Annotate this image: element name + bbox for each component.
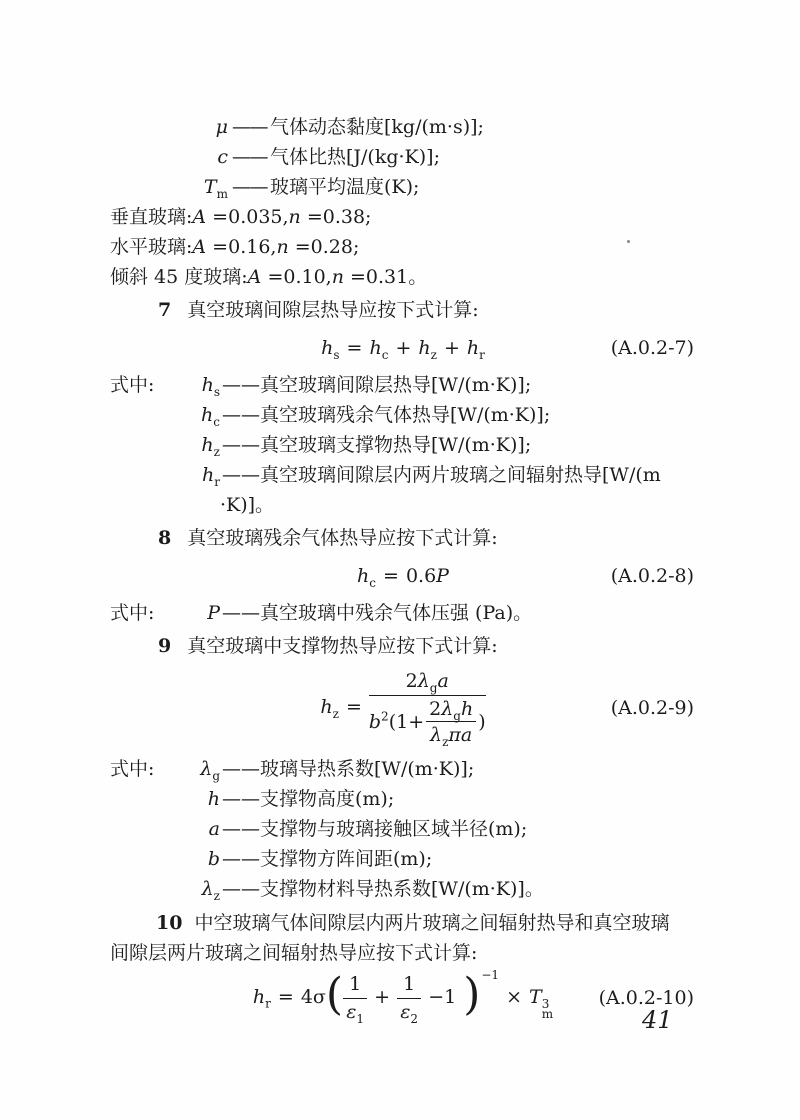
clause-text: 中空玻璃气体间隙层内两片玻璃之间辐射热导和真空玻璃间隙层两片玻璃之间辐射热导应按… [110,912,669,964]
equals-sign: = [346,696,362,718]
var-n: n [289,206,301,228]
where-label: 式中: [110,598,174,628]
scanned-document-page: μ——气体动态黏度[kg/(m·s)]; c——气体比热[J/(kg·K)]; … [0,0,800,1120]
eq9-lhs: h [320,696,332,718]
var-A: A [248,266,262,288]
equation-number: (A.0.2-7) [611,337,694,359]
definition-dash: —— [232,146,267,168]
where-description: ——玻璃导热系数[W/(m·K)]; [222,754,474,784]
open-paren: ( [326,969,343,1020]
where-description: ——支撑物高度(m); [222,784,394,814]
eq8-lhs: h [357,565,369,587]
eq7-term3-sub: r [479,348,485,362]
where-description: ——支撑物与玻璃接触区域半径(m); [222,814,527,844]
eq10-coefficient: 4σ [301,986,326,1008]
definition-dash: —— [232,116,267,138]
symbol-cell: μ [110,112,228,142]
equation-row-A.0.2-7: hs=hc+hz+hr (A.0.2-7) [110,333,696,363]
scan-speck [627,240,630,243]
where-symbol: a [174,814,220,844]
clause-title: 真空玻璃间隙层热导应按下式计算: [187,299,478,321]
equation-10: hr=4σ(1ε1+1ε2−1)−1×T3m [253,972,553,1024]
where-description: ——支撑物材料导热系数[W/(m·K)]。 [222,874,544,904]
param-value: =0.10, [261,266,331,288]
where-symbol: P [174,598,220,628]
equation-row-A.0.2-8: hc=0.6P (A.0.2-8) [110,561,696,591]
symbol-c: c [217,146,228,168]
where-symbol: hr [174,460,220,490]
param-prefix: 垂直玻璃: [110,206,192,228]
var-n: n [332,266,344,288]
param-prefix: 倾斜 45 度玻璃: [110,266,248,288]
eq8-lhs-sub: c [369,576,376,590]
symbol-mu: μ [216,116,228,138]
plus-sign: + [374,986,390,1008]
param-line-horizontal: 水平玻璃:A =0.16,n =0.28; [110,232,696,262]
param-value: =0.16, [206,236,276,258]
definition-text: 玻璃平均温度(K); [270,176,419,198]
clause-10-paragraph: 10中空玻璃气体间隙层内两片玻璃之间辐射热导和真空玻璃间隙层两片玻璃之间辐射热导… [110,908,670,968]
times-sign: × [506,986,522,1008]
clause-number: 10 [156,912,182,934]
minus-one: −1 [428,986,456,1008]
clause-9-heading: 9真空玻璃中支撑物热导应按下式计算: [110,630,696,662]
param-line-vertical: 垂直玻璃:A =0.035,n =0.38; [110,202,696,232]
param-prefix: 水平玻璃: [110,236,192,258]
fraction: 1ε1 [343,972,367,1024]
plus-sign: + [444,337,460,359]
definition-text: 气体比热[J/(kg·K)]; [270,146,440,168]
clause-number: 7 [158,299,171,321]
where-label: 式中: [110,370,174,400]
eq10-lhs-sub: r [265,997,271,1011]
where-row: 式中: P ——真空玻璃中残余气体压强 (Pa)。 [110,598,696,628]
eq10-T: T [529,986,542,1008]
symbol-T: T [204,176,217,198]
where-description: ——真空玻璃残余气体热导[W/(m·K)]; [222,400,550,430]
clause-number: 8 [158,527,171,549]
var-n: n [276,236,288,258]
definition-dash: —— [232,176,267,198]
where-symbol: hz [174,430,220,460]
eq7-lhs: h [321,337,333,359]
eq7-term3: h [467,337,479,359]
clause-8-heading: 8真空玻璃残余气体热导应按下式计算: [110,522,696,554]
definition-line-Tm: Tm——玻璃平均温度(K); [110,172,696,202]
eq10-lhs: h [253,986,265,1008]
where-symbol: λz [174,874,220,904]
param-value: =0.38; [301,206,372,228]
where-row: hc ——真空玻璃残余气体热导[W/(m·K)]; [110,400,696,430]
plus-sign: + [395,337,411,359]
where-symbol: b [174,844,220,874]
where-symbol: λg [174,754,220,784]
where-row: 式中: λg ——玻璃导热系数[W/(m·K)]; [110,754,696,784]
symbol-cell: Tm [110,172,228,202]
eq7-term1: h [369,337,381,359]
where-description: ——真空玻璃间隙层内两片玻璃之间辐射热导[W/(m [222,460,661,490]
param-line-tilted-45: 倾斜 45 度玻璃:A =0.10,n =0.31。 [110,262,696,292]
eq7-term2-sub: z [431,348,437,362]
where-description: ——真空玻璃间隙层热导[W/(m·K)]; [222,370,531,400]
symbol-cell: c [110,142,228,172]
close-paren: ) [463,969,480,1020]
where-description: ——支撑物方阵间距(m); [222,844,432,874]
param-value: =0.31。 [344,266,427,288]
exponent: −1 [481,968,499,982]
fraction: 1ε2 [397,972,421,1024]
equation-9: hz=2λgab2(1+2λghλzπa) [320,669,485,747]
definition-line-c: c——气体比热[J/(kg·K)]; [110,142,696,172]
where-description: ——真空玻璃中残余气体压强 (Pa)。 [222,598,532,628]
definition-text: 气体动态黏度[kg/(m·s)]; [270,116,484,138]
eq7-term1-sub: c [382,348,389,362]
page-content: μ——气体动态黏度[kg/(m·s)]; c——气体比热[J/(kg·K)]; … [110,112,696,1028]
where-label: 式中: [110,754,174,784]
fraction-denominator: b2(1+2λghλzπa) [369,696,486,748]
clause-title: 真空玻璃残余气体热导应按下式计算: [187,527,497,549]
equals-sign: = [383,565,399,587]
eq8-coefficient: 0.6 [406,565,436,587]
eq7-lhs-sub: s [333,348,339,362]
symbol-subscript: m [217,187,228,201]
var-A: A [192,236,206,258]
eq7-term2: h [418,337,430,359]
equation-7: hs=hc+hz+hr [321,337,485,359]
where-row: hz ——真空玻璃支撑物热导[W/(m·K)]; [110,430,696,460]
T-super-sub-stack: 3m [542,999,553,1019]
param-value: =0.28; [289,236,360,258]
definition-line-mu: μ——气体动态黏度[kg/(m·s)]; [110,112,696,142]
fraction-numerator: 2λga [369,669,486,696]
var-A: A [192,206,206,228]
param-value: =0.035, [206,206,288,228]
equation-number: (A.0.2-8) [611,565,694,587]
page-number: 41 [642,1006,673,1034]
where-row: b ——支撑物方阵间距(m); [110,844,696,874]
where-row: λz ——支撑物材料导热系数[W/(m·K)]。 [110,874,696,904]
equation-row-A.0.2-9: hz=2λgab2(1+2λghλzπa) (A.0.2-9) [110,669,696,747]
where-description: ——真空玻璃支撑物热导[W/(m·K)]; [222,430,531,460]
where-row: hr ——真空玻璃间隙层内两片玻璃之间辐射热导[W/(m [110,460,696,490]
where-symbol: hs [174,370,220,400]
clause-title: 真空玻璃中支撑物热导应按下式计算: [187,635,497,657]
equals-sign: = [278,986,294,1008]
equation-number: (A.0.2-9) [611,697,694,719]
where-symbol: hc [174,400,220,430]
equation-8: hc=0.6P [357,565,449,587]
where-symbol: h [174,784,220,814]
where-row: h ——支撑物高度(m); [110,784,696,814]
where-row: 式中: hs ——真空玻璃间隙层热导[W/(m·K)]; [110,370,696,400]
where-row: a ——支撑物与玻璃接触区域半径(m); [110,814,696,844]
eq8-variable-P: P [436,565,449,587]
eq9-lhs-sub: z [333,707,339,721]
equals-sign: = [347,337,363,359]
where-description-continued: ·K)]。 [220,490,696,520]
equation-row-A.0.2-10: hr=4σ(1ε1+1ε2−1)−1×T3m (A.0.2-10) [110,975,696,1021]
fraction: 2λgab2(1+2λghλzπa) [369,669,486,747]
nested-fraction: 2λghλzπa [426,698,476,748]
clause-number: 9 [158,635,171,657]
clause-7-heading: 7真空玻璃间隙层热导应按下式计算: [110,294,696,326]
